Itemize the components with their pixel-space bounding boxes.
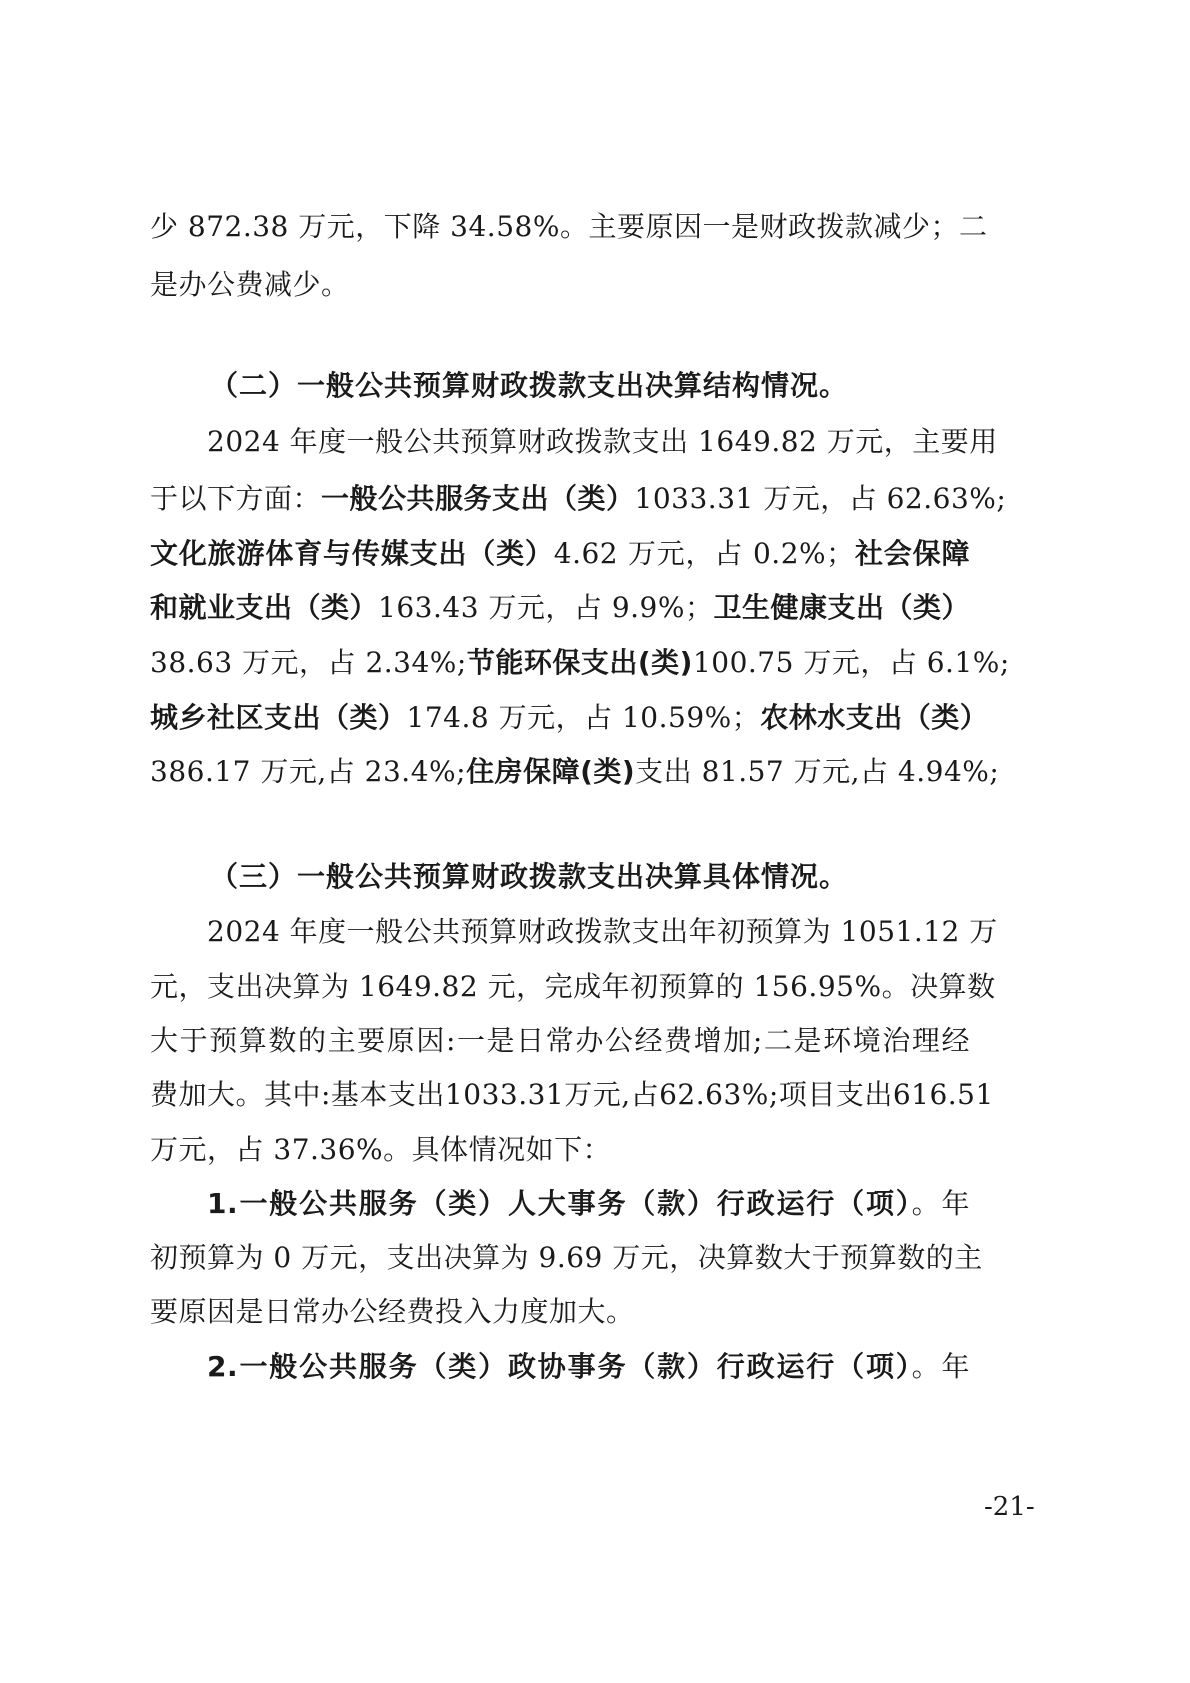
category-energy-environment: 节能环保支出(类)	[467, 646, 693, 679]
section-2-heading: （二）一般公共预算财政拨款支出决算结构情况。	[210, 366, 848, 406]
page-number: -21-	[984, 1492, 1035, 1522]
category-general-public-services: 一般公共服务支出（类）	[321, 482, 635, 515]
section-2-paragraph-line-2: 于以下方面：一般公共服务支出（类）1033.31 万元，占 62.63%;	[150, 479, 970, 519]
text: 支出 81.57 万元,占 4.94%;	[635, 755, 999, 788]
text: 163.43 万元，占 9.9%；	[378, 591, 713, 624]
item-1-title: 1.一般公共服务（类）人大事务（款）行政运行（项）	[207, 1187, 912, 1220]
category-housing-security: 住房保障(类)	[466, 755, 635, 788]
item-2-title: 2.一般公共服务（类）政协事务（款）行政运行（项）	[207, 1350, 912, 1383]
item-1-line-2: 初预算为 0 万元，支出决算为 9.69 万元，决算数大于预算数的主	[150, 1238, 970, 1278]
text: 。年	[912, 1350, 970, 1383]
text: 。年	[912, 1187, 970, 1220]
text: 386.17 万元,占 23.4%;	[150, 755, 466, 788]
category-social-security-part2: 和就业支出（类）	[150, 591, 378, 624]
section-2-paragraph-line-6: 城乡社区支出（类）174.8 万元，占 10.59%；农林水支出（类）	[150, 698, 970, 738]
section-2-paragraph-line-4: 和就业支出（类）163.43 万元，占 9.9%；卫生健康支出（类）	[150, 588, 970, 628]
text: 4.62 万元，占 0.2%；	[554, 537, 855, 570]
section-2-paragraph-line-5: 38.63 万元，占 2.34%;节能环保支出(类)100.75 万元，占 6.…	[150, 643, 970, 683]
text: 于以下方面：	[150, 482, 321, 515]
section-3-paragraph-line-1: 2024 年度一般公共预算财政拨款支出年初预算为 1051.12 万	[207, 912, 970, 952]
text: 174.8 万元，占 10.59%；	[407, 701, 761, 734]
category-health: 卫生健康支出（类）	[713, 591, 970, 624]
document-page: 少 872.38 万元，下降 34.58%。主要原因一是财政拨款减少；二 是办公…	[0, 0, 1190, 1683]
intro-line-2: 是办公费减少。	[150, 265, 970, 305]
text: 38.63 万元，占 2.34%;	[150, 646, 467, 679]
section-3-paragraph-line-3: 大于预算数的主要原因:一是日常办公经费增加;二是环境治理经	[150, 1021, 970, 1061]
text: 1033.31 万元，占 62.63%;	[635, 482, 1007, 515]
item-2-line-1: 2.一般公共服务（类）政协事务（款）行政运行（项）。年	[207, 1347, 970, 1387]
text: 100.75 万元，占 6.1%;	[693, 646, 1010, 679]
section-3-paragraph-line-4: 费加大。其中:基本支出1033.31万元,占62.63%;项目支出616.51	[150, 1075, 970, 1115]
category-culture-tourism-sports-media: 文化旅游体育与传媒支出（类）	[150, 537, 554, 570]
section-2-paragraph-line-1: 2024 年度一般公共预算财政拨款支出 1649.82 万元，主要用	[207, 422, 970, 462]
item-1-line-1: 1.一般公共服务（类）人大事务（款）行政运行（项）。年	[207, 1184, 970, 1224]
category-social-security-part1: 社会保障	[855, 537, 970, 570]
intro-line-1: 少 872.38 万元，下降 34.58%。主要原因一是财政拨款减少；二	[150, 207, 970, 247]
category-urban-rural-community: 城乡社区支出（类）	[150, 701, 407, 734]
category-agriculture-forestry-water: 农林水支出（类）	[760, 701, 988, 734]
section-3-heading: （三）一般公共预算财政拨款支出决算具体情况。	[210, 857, 848, 897]
section-3-paragraph-line-2: 元，支出决算为 1649.82 元，完成年初预算的 156.95%。决算数	[150, 967, 970, 1007]
section-3-paragraph-line-5: 万元，占 37.36%。具体情况如下：	[150, 1130, 970, 1170]
section-2-paragraph-line-7: 386.17 万元,占 23.4%;住房保障(类)支出 81.57 万元,占 4…	[150, 752, 970, 792]
item-1-line-3: 要原因是日常办公经费投入力度加大。	[150, 1292, 970, 1332]
section-2-paragraph-line-3: 文化旅游体育与传媒支出（类）4.62 万元，占 0.2%；社会保障	[150, 534, 970, 574]
